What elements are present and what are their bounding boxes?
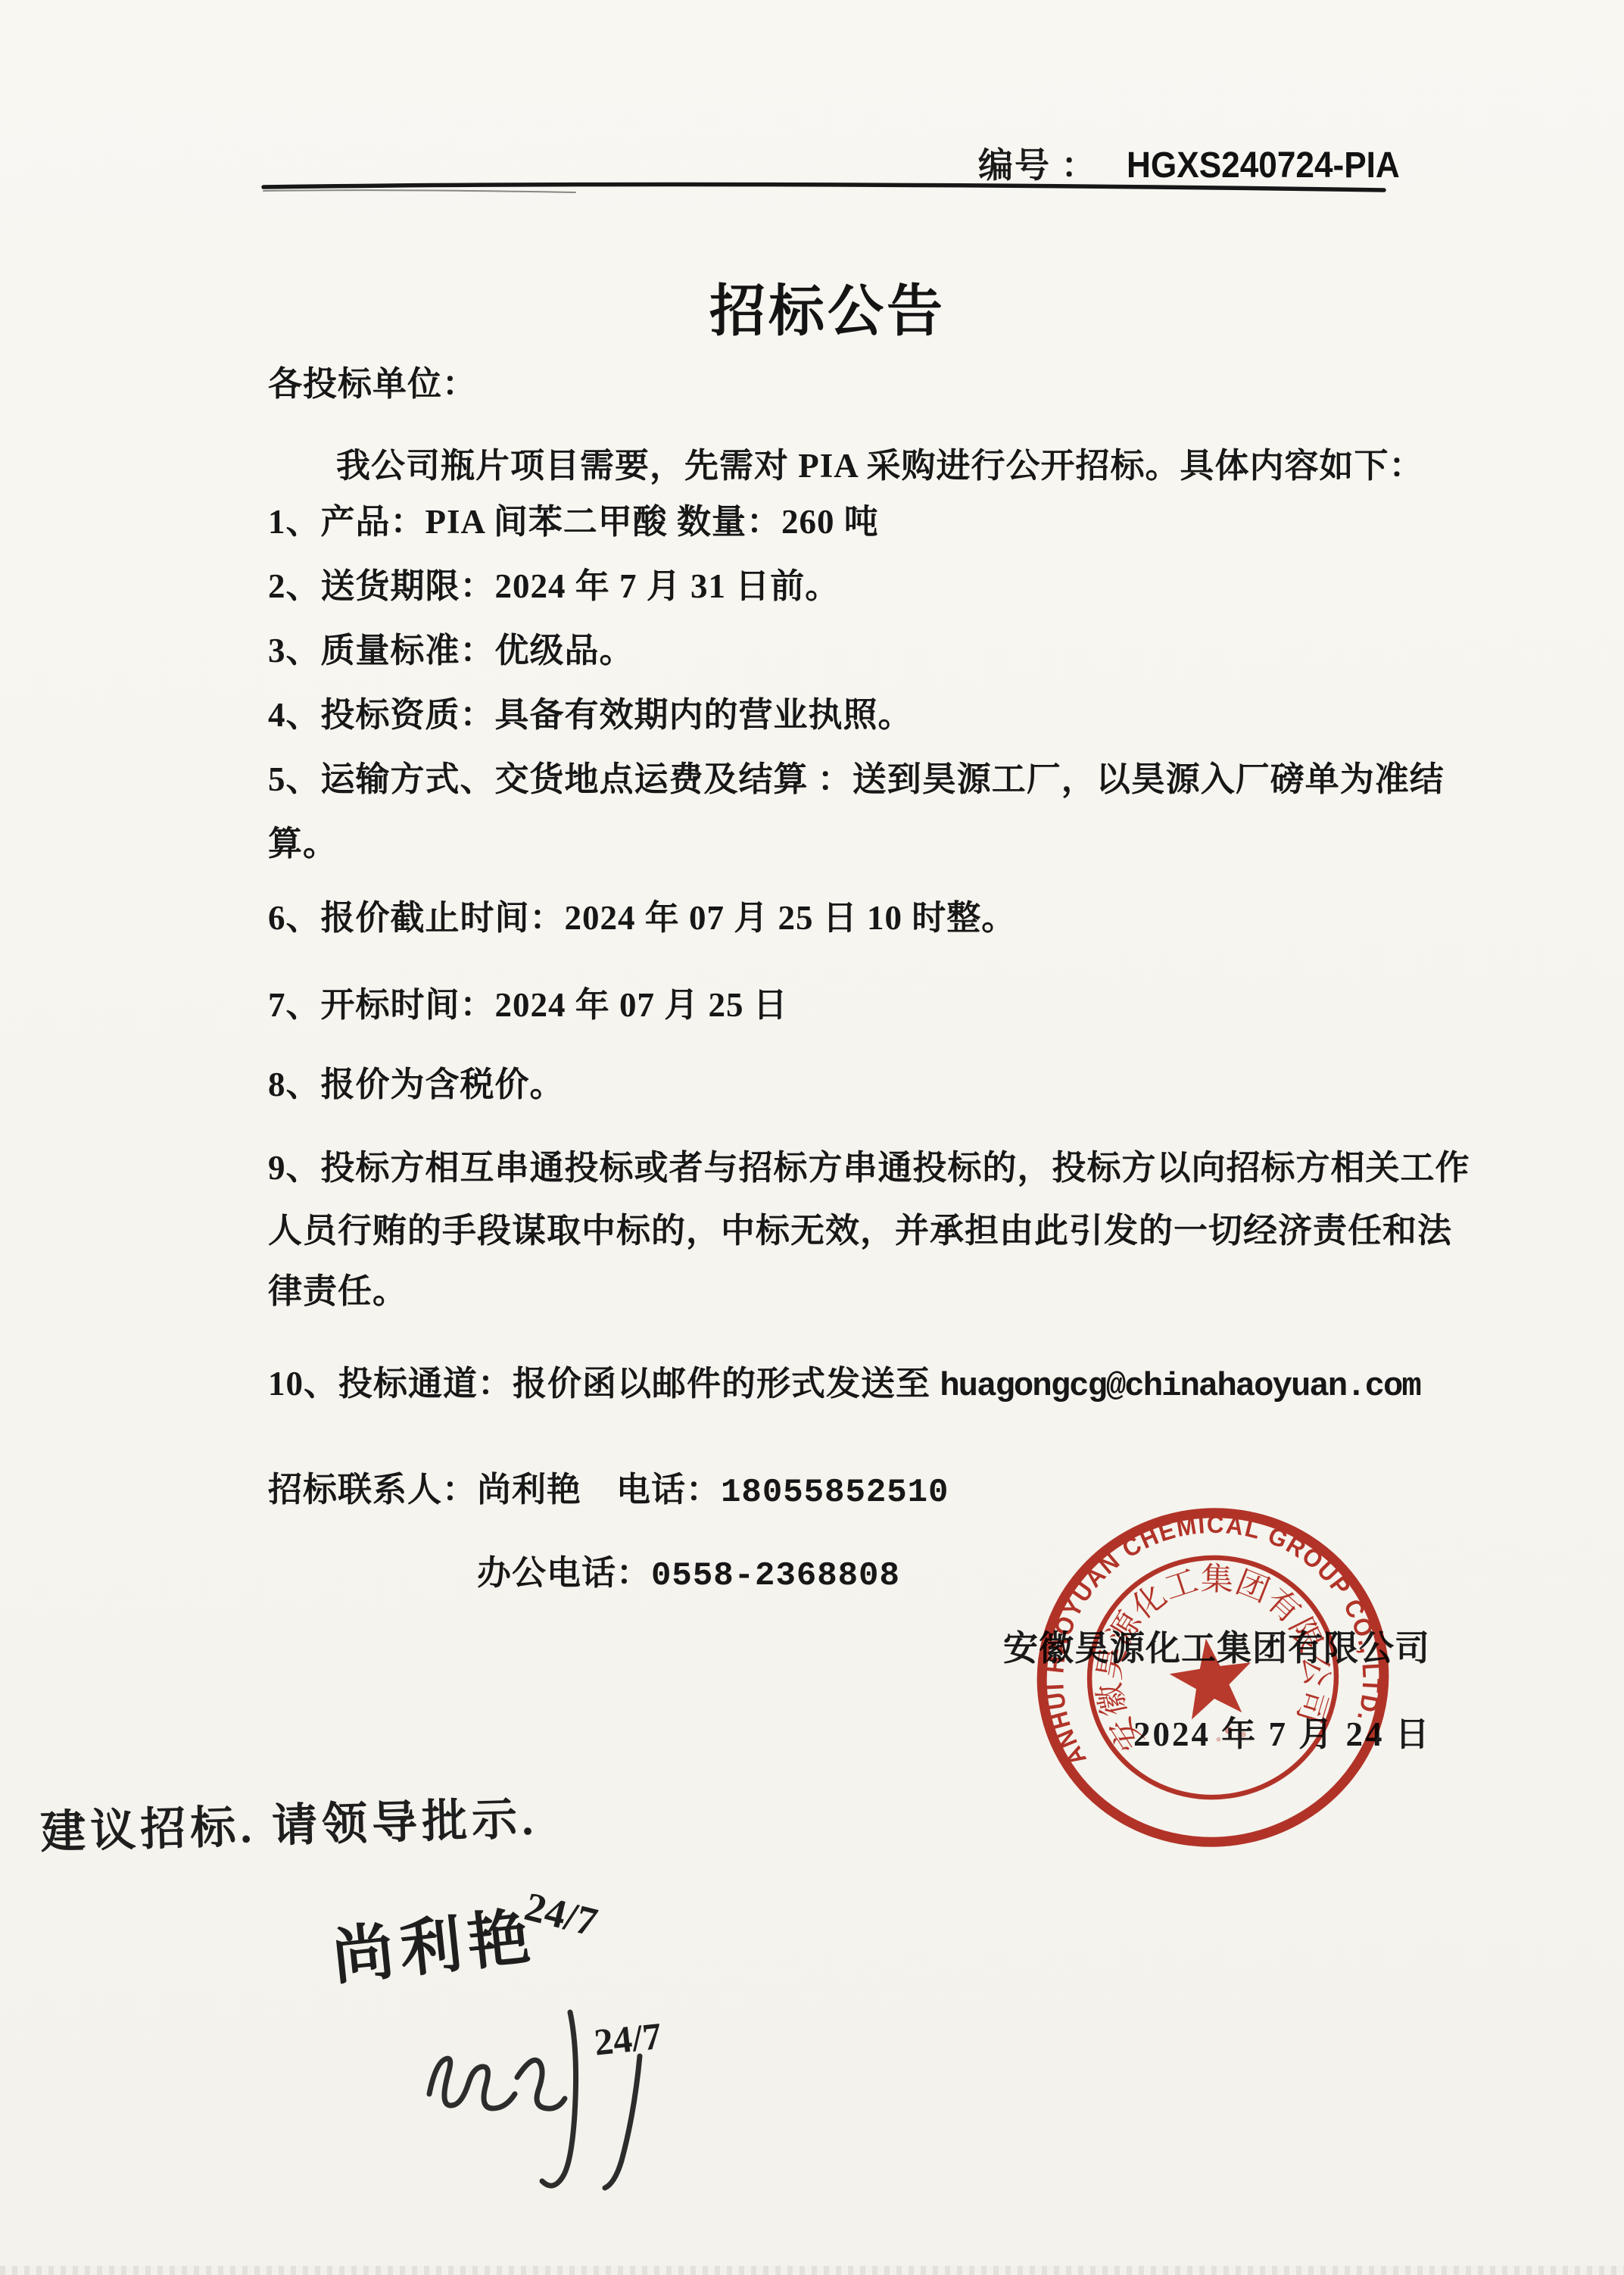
bid-channel-text: 10、投标通道：报价函以邮件的形式发送至 — [268, 1365, 940, 1403]
tender-item-line: 8、报价为含税价。 — [268, 1056, 565, 1106]
tender-item-line: 4、投标资质：具备有效期内的营业执照。 — [268, 687, 913, 736]
tender-item-line: 6、报价截止时间：2024 年 07 月 25 日 10 时整。 — [268, 890, 1016, 939]
tender-item-line: 1、产品：PIA 间苯二甲酸 数量：260 吨 — [268, 494, 879, 543]
office-phone-label: 办公电话： — [477, 1554, 651, 1592]
header-rule — [0, 0, 1624, 227]
contact-person-label: 招标联系人：尚利艳 电话： — [268, 1471, 721, 1509]
svg-text:ANHUI HAOYUAN CHEMICAL GROUP C: ANHUI HAOYUAN CHEMICAL GROUP CO., LTD. — [1026, 1496, 1394, 1773]
tender-item-line: 3、质量标准：优级品。 — [268, 623, 634, 672]
approval-signature-scribble — [413, 2003, 715, 2223]
seal-star-icon — [1165, 1633, 1258, 1721]
page-title: 招标公告 — [709, 267, 946, 347]
tender-item-line: 5、运输方式、交货地点运费及结算 ：送到昊源工厂，以昊源入厂磅单为准结 — [268, 751, 1445, 800]
tender-item-line: 律责任。 — [268, 1263, 407, 1312]
contact-line: 招标联系人：尚利艳 电话：18055852510 — [268, 1462, 949, 1512]
salutation: 各投标单位： — [268, 356, 477, 405]
tender-item-line: 算。 — [268, 816, 338, 865]
tender-item-line: 2、送货期限：2024 年 7 月 31 日前。 — [268, 558, 840, 607]
intro-paragraph: 我公司瓶片项目需要，先需对 PIA 采购进行公开招标。具体内容如下： — [336, 438, 1424, 487]
tender-item-line: 9、投标方相互串通投标或者与招标方串通投标的，投标方以向招标方相关工作 — [268, 1140, 1470, 1189]
seal-latin-text: ANHUI HAOYUAN CHEMICAL GROUP CO., LTD. — [1026, 1496, 1394, 1773]
tender-item-line: 7、开标时间：2024 年 07 月 25 日 — [268, 977, 788, 1026]
contact-phone-number: 18055852510 — [721, 1474, 949, 1512]
bid-email: huagongcg@chinahaoyuan.com — [940, 1368, 1420, 1406]
company-seal-stamp: ANHUI HAOYUAN CHEMICAL GROUP CO., LTD. 安… — [1026, 1496, 1404, 1874]
tender-item-line: 10、投标通道：报价函以邮件的形式发送至 huagongcg@chinahaoy… — [268, 1356, 1420, 1406]
scanner-edge-artifact — [0, 2266, 1624, 2275]
office-phone-number: 0558-2368808 — [651, 1557, 900, 1595]
tender-item-line: 人员行贿的手段谋取中标的，中标无效，并承担由此引发的一切经济责任和法 — [268, 1203, 1452, 1252]
handwritten-signature: 尚利艳 — [327, 1887, 540, 1997]
office-phone-line: 办公电话：0558-2368808 — [477, 1545, 900, 1595]
handwritten-note: 建议招标. 请领导批示. — [39, 1783, 538, 1862]
scanned-tender-document: 编号 ：HGXS240724-PIA 招标公告 各投标单位： 我公司瓶片项目需要… — [0, 0, 1624, 2275]
